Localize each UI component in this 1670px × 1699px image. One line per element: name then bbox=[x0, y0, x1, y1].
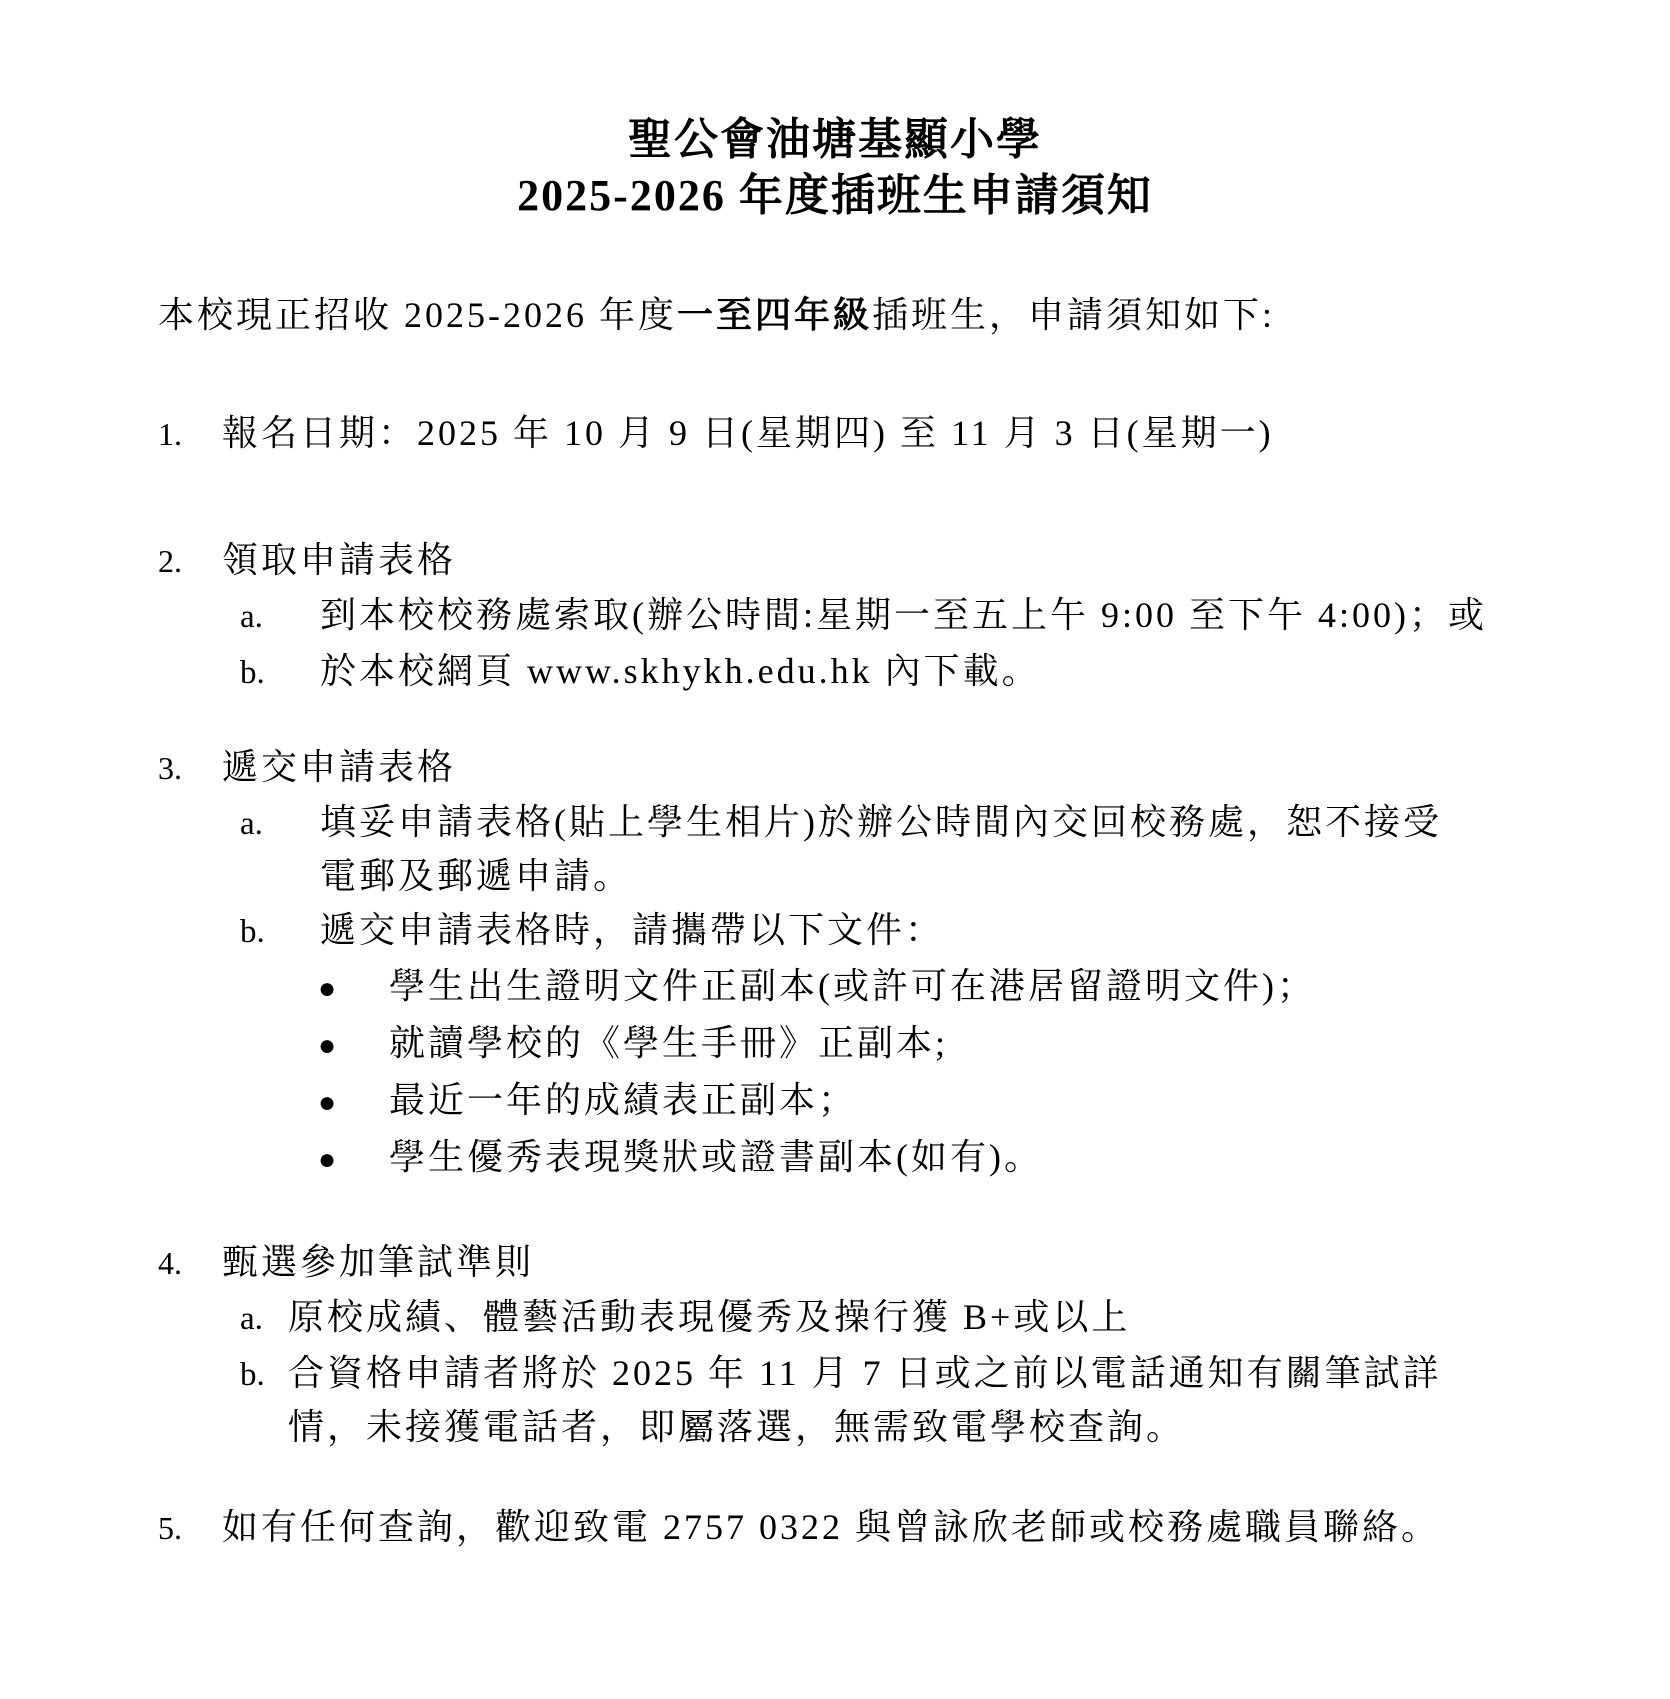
item-4-subitem-b: b. 合資格申請者將於 2025 年 11 月 7 日或之前以電話通知有關筆試詳… bbox=[240, 1346, 1500, 1454]
item-2-subitem-b: b. 於本校網頁 www.skhykh.edu.hk 內下載。 bbox=[240, 644, 1500, 700]
bullet-text: 學生優秀表現獎狀或證書副本(如有)。 bbox=[389, 1130, 1500, 1184]
bullet-icon: ● bbox=[318, 1076, 389, 1130]
numbered-item-2: 2. 領取申請表格 a. 到本校校務處索取(辦公時間:星期一至五上午 9:00 … bbox=[158, 533, 1500, 700]
bullet-icon: ● bbox=[318, 1019, 389, 1073]
document-bullet-list: ● 學生出生證明文件正副本(或許可在港居留證明文件)； ● 就讀學校的《學生手冊… bbox=[318, 959, 1500, 1187]
bullet-icon: ● bbox=[318, 962, 389, 1016]
subitem-text: 填妥申請表格(貼上學生相片)於辦公時間內交回校務處，恕不接受電郵及郵遞申請。 bbox=[320, 795, 1445, 903]
subitem-text: 原校成績、體藝活動表現優秀及操行獲 B+或以上 bbox=[288, 1290, 1500, 1344]
title-block: 聖公會油塘基顯小學 2025-2026 年度插班生申請須知 bbox=[0, 0, 1670, 224]
item-1-text: 報名日期：2025 年 10 月 9 日(星期四) 至 11 月 3 日(星期一… bbox=[222, 406, 1500, 460]
item-4-number: 4. bbox=[158, 1236, 222, 1290]
item-5-text: 如有任何查詢，歡迎致電 2757 0322 與曾詠欣老師或校務處職員聯絡。 bbox=[222, 1500, 1500, 1554]
intro-text-bold: 一至四年級 bbox=[677, 295, 872, 335]
item-3-subitem-a: a. 填妥申請表格(貼上學生相片)於辦公時間內交回校務處，恕不接受電郵及郵遞申請… bbox=[240, 795, 1500, 903]
subitem-label: a. bbox=[240, 590, 320, 644]
bullet-text: 就讀學校的《學生手冊》正副本; bbox=[389, 1016, 1500, 1070]
numbered-item-1: 1. 報名日期：2025 年 10 月 9 日(星期四) 至 11 月 3 日(… bbox=[158, 406, 1500, 461]
item-2-subitem-a: a. 到本校校務處索取(辦公時間:星期一至五上午 9:00 至下午 4:00)；… bbox=[240, 588, 1500, 644]
item-2-text: 領取申請表格 bbox=[222, 533, 1500, 587]
item-1-number: 1. bbox=[158, 407, 222, 461]
subitem-label: b. bbox=[240, 646, 320, 700]
item-5-head: 5. 如有任何查詢，歡迎致電 2757 0322 與曾詠欣老師或校務處職員聯絡。 bbox=[158, 1500, 1500, 1555]
intro-paragraph: 本校現正招收 2025-2026 年度一至四年級插班生，申請須知如下: bbox=[158, 288, 1500, 342]
subitem-label: b. bbox=[240, 1348, 288, 1402]
subitem-label: a. bbox=[240, 797, 320, 851]
document-page: 聖公會油塘基顯小學 2025-2026 年度插班生申請須知 本校現正招收 202… bbox=[0, 0, 1670, 1699]
document-body: 本校現正招收 2025-2026 年度一至四年級插班生，申請須知如下: 1. 報… bbox=[0, 288, 1670, 1555]
item-4-subitem-a: a. 原校成績、體藝活動表現優秀及操行獲 B+或以上 bbox=[240, 1290, 1500, 1346]
item-5-number: 5. bbox=[158, 1501, 222, 1555]
item-3-subitem-b: b. 遞交申請表格時，請攜帶以下文件： bbox=[240, 903, 1500, 959]
subitem-label: b. bbox=[240, 905, 320, 959]
item-3-number: 3. bbox=[158, 741, 222, 795]
item-3-head: 3. 遞交申請表格 bbox=[158, 740, 1500, 795]
subitem-text: 到本校校務處索取(辦公時間:星期一至五上午 9:00 至下午 4:00)；或 bbox=[320, 588, 1500, 642]
bullet-icon: ● bbox=[318, 1133, 389, 1187]
item-2-head: 2. 領取申請表格 bbox=[158, 533, 1500, 588]
bullet-item: ● 最近一年的成績表正副本； bbox=[318, 1073, 1500, 1130]
bullet-text: 最近一年的成績表正副本； bbox=[389, 1073, 1500, 1127]
item-4-text: 甄選參加筆試準則 bbox=[222, 1235, 1500, 1289]
bullet-text: 學生出生證明文件正副本(或許可在港居留證明文件)； bbox=[389, 959, 1500, 1013]
intro-text-pre: 本校現正招收 2025-2026 年度 bbox=[158, 295, 677, 335]
item-3-text: 遞交申請表格 bbox=[222, 740, 1500, 794]
doc-title-line2: 2025-2026 年度插班生申請須知 bbox=[0, 168, 1670, 224]
bullet-item: ● 就讀學校的《學生手冊》正副本; bbox=[318, 1016, 1500, 1073]
bullet-item: ● 學生出生證明文件正副本(或許可在港居留證明文件)； bbox=[318, 959, 1500, 1016]
intro-text-post: 插班生，申請須知如下: bbox=[872, 295, 1275, 335]
item-2-number: 2. bbox=[158, 534, 222, 588]
numbered-item-3: 3. 遞交申請表格 a. 填妥申請表格(貼上學生相片)於辦公時間內交回校務處，恕… bbox=[158, 740, 1500, 1187]
numbered-item-4: 4. 甄選參加筆試準則 a. 原校成績、體藝活動表現優秀及操行獲 B+或以上 b… bbox=[158, 1235, 1500, 1454]
item-1-head: 1. 報名日期：2025 年 10 月 9 日(星期四) 至 11 月 3 日(… bbox=[158, 406, 1500, 461]
bullet-item: ● 學生優秀表現獎狀或證書副本(如有)。 bbox=[318, 1130, 1500, 1187]
numbered-item-5: 5. 如有任何查詢，歡迎致電 2757 0322 與曾詠欣老師或校務處職員聯絡。 bbox=[158, 1500, 1500, 1555]
doc-title-line1: 聖公會油塘基顯小學 bbox=[0, 112, 1670, 168]
item-4-head: 4. 甄選參加筆試準則 bbox=[158, 1235, 1500, 1290]
subitem-text: 於本校網頁 www.skhykh.edu.hk 內下載。 bbox=[320, 644, 1500, 698]
subitem-text: 合資格申請者將於 2025 年 11 月 7 日或之前以電話通知有關筆試詳情，未… bbox=[288, 1346, 1453, 1454]
subitem-label: a. bbox=[240, 1292, 288, 1346]
subitem-text: 遞交申請表格時，請攜帶以下文件： bbox=[320, 903, 1500, 957]
